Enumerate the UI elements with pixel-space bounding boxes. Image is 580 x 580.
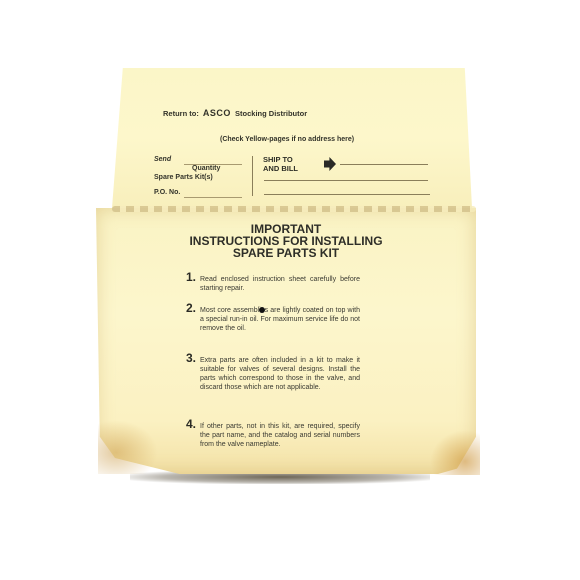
instruction-number: 1.: [186, 273, 196, 282]
return-to-prefix: Return to:: [163, 109, 199, 118]
instruction-item: 2. Most core assemblies are lightly coat…: [200, 306, 360, 333]
instruction-item: 1. Read enclosed instruction sheet caref…: [200, 275, 360, 293]
field-divider: [252, 156, 253, 196]
instructions-heading: IMPORTANT INSTRUCTIONS FOR INSTALLING SP…: [96, 223, 476, 259]
po-label: P.O. No.: [154, 189, 180, 196]
instruction-number: 4.: [186, 420, 196, 429]
instruction-number: 2.: [186, 304, 196, 313]
ship-address-line-2: [264, 180, 428, 181]
stain-right: [430, 430, 480, 475]
instruction-text: Read enclosed instruction sheet carefull…: [200, 276, 360, 292]
send-label: Send: [154, 156, 171, 163]
spare-parts-label: Spare Parts Kit(s): [154, 174, 213, 181]
instruction-text: Extra parts are often included in a kit …: [200, 357, 360, 391]
po-number-field: [184, 197, 242, 198]
asco-logo: ASCO: [203, 108, 231, 118]
heading-line-3: SPARE PARTS KIT: [96, 247, 476, 259]
ship-address-line-1: [340, 164, 428, 165]
instruction-text: If other parts, not in this kit, are req…: [200, 423, 360, 448]
perforation-line: [112, 206, 476, 212]
ship-to-label: SHIP TO AND BILL: [263, 155, 298, 173]
instruction-item: 4. If other parts, not in this kit, are …: [200, 422, 360, 449]
stain-left: [98, 420, 158, 474]
quantity-label: Quantity: [192, 165, 220, 172]
instruction-item: 3. Extra parts are often included in a k…: [200, 356, 360, 392]
return-to-line: Return to: ASCO Stocking Distributor: [163, 108, 307, 118]
ink-dot: [259, 307, 265, 313]
return-to-suffix: Stocking Distributor: [235, 109, 307, 118]
ship-address-line-3: [264, 194, 430, 195]
spare-parts-card: Return to: ASCO Stocking Distributor (Ch…: [0, 0, 580, 580]
instruction-text: Most core assemblies are lightly coated …: [200, 307, 360, 332]
instruction-number: 3.: [186, 354, 196, 363]
check-note: (Check Yellow-pages if no address here): [220, 136, 354, 143]
